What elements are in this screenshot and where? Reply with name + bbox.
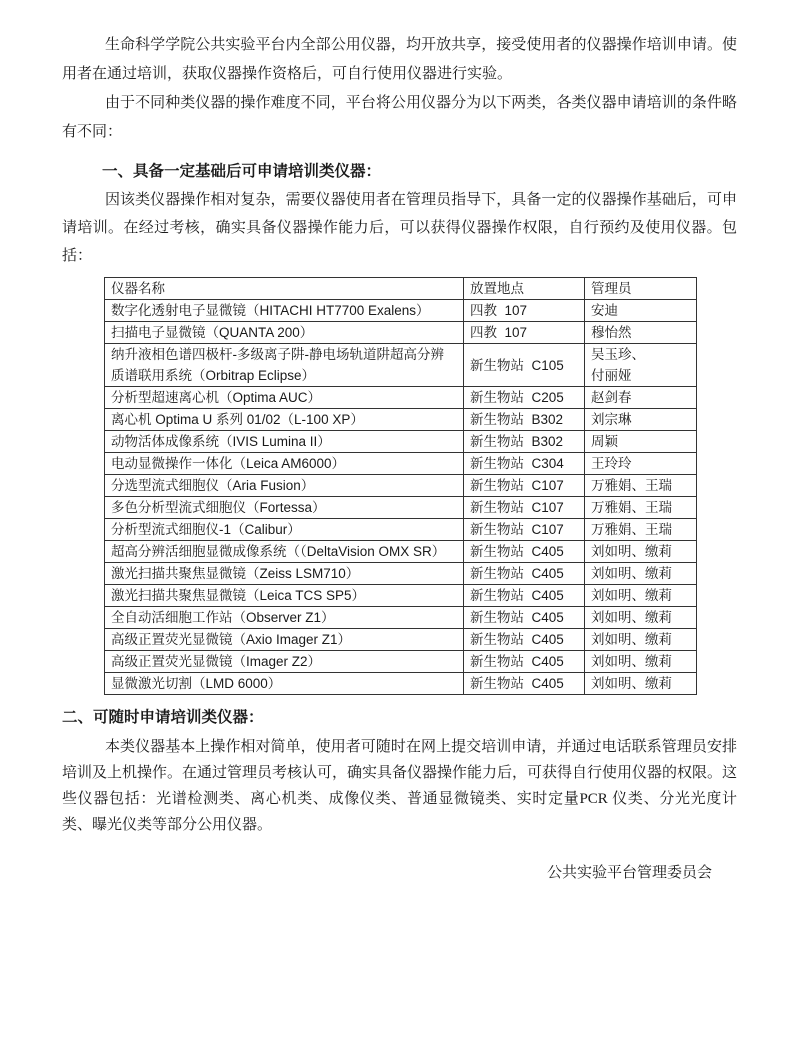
cell-admin: 万雅娟、王瑞 bbox=[585, 475, 697, 497]
cell-name: 激光扫描共聚焦显微镜（Zeiss LSM710） bbox=[105, 563, 464, 585]
cell-location: 新生物站 C107 bbox=[464, 519, 585, 541]
cell-name: 高级正置荧光显微镜（Imager Z2） bbox=[105, 651, 464, 673]
cell-admin: 刘如明、缴莉 bbox=[585, 651, 697, 673]
cell-location: 新生物站 C107 bbox=[464, 497, 585, 519]
table-row: 高级正置荧光显微镜（Axio Imager Z1）新生物站 C405刘如明、缴莉 bbox=[105, 629, 697, 651]
section2-heading: 二、可随时申请培训类仪器： bbox=[62, 707, 737, 729]
document-page: 生命科学学院公共实验平台内全部公用仪器，均开放共享，接受使用者的仪器操作培训申请… bbox=[0, 0, 799, 1064]
cell-admin: 刘如明、缴莉 bbox=[585, 541, 697, 563]
cell-admin: 赵剑春 bbox=[585, 387, 697, 409]
cell-name: 电动显微操作一体化（Leica AM6000） bbox=[105, 453, 464, 475]
cell-name: 数字化透射电子显微镜（HITACHI HT7700 Exalens） bbox=[105, 300, 464, 322]
table-row: 全自动活细胞工作站（Observer Z1）新生物站 C405刘如明、缴莉 bbox=[105, 607, 697, 629]
cell-name: 激光扫描共聚焦显微镜（Leica TCS SP5） bbox=[105, 585, 464, 607]
cell-admin: 周颖 bbox=[585, 431, 697, 453]
cell-location: 新生物站 C405 bbox=[464, 563, 585, 585]
cell-name: 显微激光切割（LMD 6000） bbox=[105, 673, 464, 695]
cell-admin: 万雅娟、王瑞 bbox=[585, 497, 697, 519]
cell-admin: 刘宗琳 bbox=[585, 409, 697, 431]
cell-location: 新生物站 C107 bbox=[464, 475, 585, 497]
cell-location: 新生物站 B302 bbox=[464, 431, 585, 453]
table-row: 分析型流式细胞仪-1（Calibur）新生物站 C107万雅娟、王瑞 bbox=[105, 519, 697, 541]
paragraph-intro-2: 由于不同种类仪器的操作难度不同，平台将公用仪器分为以下两类，各类仪器申请培训的条… bbox=[62, 89, 737, 147]
section2-body: 本类仪器基本上操作相对简单，使用者可随时在网上提交培训申请，并通过电话联系管理员… bbox=[62, 734, 737, 838]
cell-admin: 吴玉珍、 付丽娅 bbox=[585, 344, 697, 387]
cell-name: 多色分析型流式细胞仪（Fortessa） bbox=[105, 497, 464, 519]
cell-location: 新生物站 C105 bbox=[464, 344, 585, 387]
cell-location: 新生物站 C304 bbox=[464, 453, 585, 475]
cell-admin: 王玲玲 bbox=[585, 453, 697, 475]
cell-admin: 刘如明、缴莉 bbox=[585, 585, 697, 607]
column-header-admin: 管理员 bbox=[585, 278, 697, 300]
cell-admin: 安迪 bbox=[585, 300, 697, 322]
cell-location: 新生物站 B302 bbox=[464, 409, 585, 431]
cell-location: 新生物站 C405 bbox=[464, 585, 585, 607]
cell-name: 动物活体成像系统（IVIS Lumina II） bbox=[105, 431, 464, 453]
equipment-table-body: 数字化透射电子显微镜（HITACHI HT7700 Exalens）四教 107… bbox=[105, 300, 697, 695]
cell-name: 分选型流式细胞仪（Aria Fusion） bbox=[105, 475, 464, 497]
cell-location: 四教 107 bbox=[464, 322, 585, 344]
cell-location: 新生物站 C405 bbox=[464, 673, 585, 695]
cell-name: 高级正置荧光显微镜（Axio Imager Z1） bbox=[105, 629, 464, 651]
table-row: 高级正置荧光显微镜（Imager Z2）新生物站 C405刘如明、缴莉 bbox=[105, 651, 697, 673]
paragraph-intro-1: 生命科学学院公共实验平台内全部公用仪器，均开放共享，接受使用者的仪器操作培训申请… bbox=[62, 31, 737, 89]
cell-location: 新生物站 C405 bbox=[464, 541, 585, 563]
cell-admin: 刘如明、缴莉 bbox=[585, 629, 697, 651]
signature: 公共实验平台管理委员会 bbox=[62, 864, 737, 882]
table-row: 纳升液相色谱四极杆-多级离子阱-静电场轨道阱超高分辨质谱联用系统（Orbitra… bbox=[105, 344, 697, 387]
table-row: 数字化透射电子显微镜（HITACHI HT7700 Exalens）四教 107… bbox=[105, 300, 697, 322]
cell-name: 离心机 Optima U 系列 01/02（L-100 XP） bbox=[105, 409, 464, 431]
table-row: 动物活体成像系统（IVIS Lumina II）新生物站 B302周颖 bbox=[105, 431, 697, 453]
cell-name: 超高分辨活细胞显微成像系统（（DeltaVision OMX SR） bbox=[105, 541, 464, 563]
table-row: 电动显微操作一体化（Leica AM6000）新生物站 C304王玲玲 bbox=[105, 453, 697, 475]
cell-admin: 刘如明、缴莉 bbox=[585, 563, 697, 585]
cell-name: 分析型流式细胞仪-1（Calibur） bbox=[105, 519, 464, 541]
cell-name: 分析型超速离心机（Optima AUC） bbox=[105, 387, 464, 409]
table-row: 离心机 Optima U 系列 01/02（L-100 XP）新生物站 B302… bbox=[105, 409, 697, 431]
section1-body: 因该类仪器操作相对复杂，需要仪器使用者在管理员指导下，具备一定的仪器操作基础后，… bbox=[62, 186, 737, 270]
table-row: 扫描电子显微镜（QUANTA 200）四教 107穆怡然 bbox=[105, 322, 697, 344]
section1-heading: 一、具备一定基础后可申请培训类仪器： bbox=[62, 161, 737, 183]
column-header-location: 放置地点 bbox=[464, 278, 585, 300]
table-row: 激光扫描共聚焦显微镜（Zeiss LSM710）新生物站 C405刘如明、缴莉 bbox=[105, 563, 697, 585]
cell-admin: 刘如明、缴莉 bbox=[585, 673, 697, 695]
cell-location: 新生物站 C405 bbox=[464, 651, 585, 673]
table-row: 激光扫描共聚焦显微镜（Leica TCS SP5）新生物站 C405刘如明、缴莉 bbox=[105, 585, 697, 607]
table-row: 多色分析型流式细胞仪（Fortessa）新生物站 C107万雅娟、王瑞 bbox=[105, 497, 697, 519]
table-row: 显微激光切割（LMD 6000）新生物站 C405刘如明、缴莉 bbox=[105, 673, 697, 695]
column-header-name: 仪器名称 bbox=[105, 278, 464, 300]
cell-name: 纳升液相色谱四极杆-多级离子阱-静电场轨道阱超高分辨质谱联用系统（Orbitra… bbox=[105, 344, 464, 387]
equipment-table: 仪器名称 放置地点 管理员 数字化透射电子显微镜（HITACHI HT7700 … bbox=[104, 277, 697, 695]
cell-location: 四教 107 bbox=[464, 300, 585, 322]
cell-location: 新生物站 C205 bbox=[464, 387, 585, 409]
table-row: 分选型流式细胞仪（Aria Fusion）新生物站 C107万雅娟、王瑞 bbox=[105, 475, 697, 497]
cell-admin: 刘如明、缴莉 bbox=[585, 607, 697, 629]
table-row: 分析型超速离心机（Optima AUC）新生物站 C205赵剑春 bbox=[105, 387, 697, 409]
cell-location: 新生物站 C405 bbox=[464, 629, 585, 651]
cell-name: 扫描电子显微镜（QUANTA 200） bbox=[105, 322, 464, 344]
cell-admin: 万雅娟、王瑞 bbox=[585, 519, 697, 541]
cell-name: 全自动活细胞工作站（Observer Z1） bbox=[105, 607, 464, 629]
table-header-row: 仪器名称 放置地点 管理员 bbox=[105, 278, 697, 300]
table-row: 超高分辨活细胞显微成像系统（（DeltaVision OMX SR）新生物站 C… bbox=[105, 541, 697, 563]
cell-location: 新生物站 C405 bbox=[464, 607, 585, 629]
cell-admin: 穆怡然 bbox=[585, 322, 697, 344]
